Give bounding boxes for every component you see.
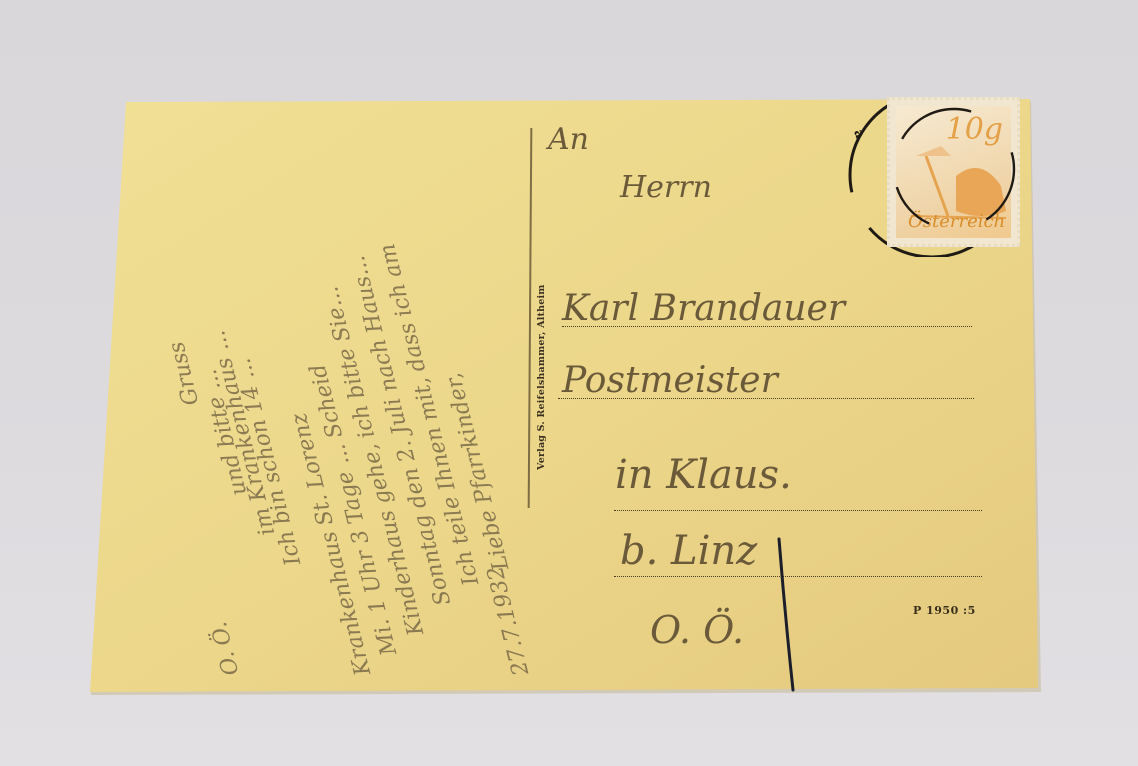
postage-stamp: 10g Österreich xyxy=(887,97,1020,247)
handwritten-message: 27.7.1932 Liebe Pfarrkinder, Ich teile I… xyxy=(110,118,530,688)
address-region: O. Ö. xyxy=(650,608,744,652)
message-date: 27.7.1932 xyxy=(483,563,534,678)
address-line-3 xyxy=(614,510,982,511)
stamp-image: 10g Österreich xyxy=(896,106,1011,238)
address-near: b. Linz xyxy=(620,528,757,574)
address-honorific: Herrn xyxy=(620,170,712,205)
publisher-imprint: Verlag S. Reifelshammer, Altheim xyxy=(536,284,547,470)
address-line-4 xyxy=(614,576,982,577)
address-title: Postmeister xyxy=(562,360,778,401)
stamp-country: Österreich xyxy=(908,211,1005,232)
address-salutation: An xyxy=(548,122,589,157)
address-town: in Klaus. xyxy=(615,452,792,498)
print-code: P 1950 :5 xyxy=(913,604,976,617)
postcard: 10g Österreich a Verlag S. Reifelshammer… xyxy=(0,0,1138,766)
pen-mark xyxy=(775,535,795,695)
address-name: Karl Brandauer xyxy=(562,288,845,329)
stamp-value: 10g xyxy=(946,112,1003,147)
message-line: O. Ö. xyxy=(207,619,244,678)
address-line-2 xyxy=(558,398,974,399)
address-line-1 xyxy=(562,326,972,327)
